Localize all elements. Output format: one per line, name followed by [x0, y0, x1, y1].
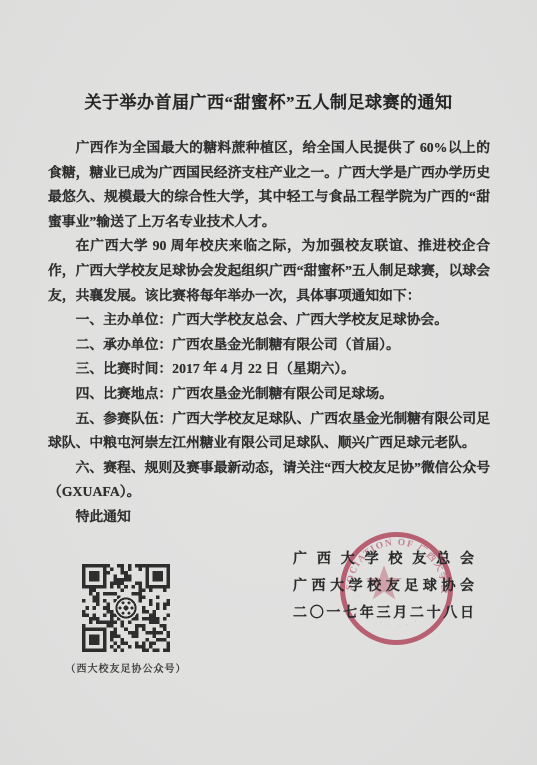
qr-code — [82, 564, 170, 652]
paragraph-event-background: 在广西大学 90 周年校庆来临之际，为加强校友联谊、推进校企合作，广西大学校友足… — [48, 234, 490, 308]
item-teams: 五、参赛队伍：广西大学校友足球队、广西农垦金光制糖有限公司足球队、中粮屯河崇左江… — [48, 407, 490, 456]
signature-date: 二〇一七年三月二十八日 — [293, 600, 474, 627]
notice-body: 广西作为全国最大的糖料蔗种植区，给全国人民提供了 60%以上的食糖，糖业已成为广… — [48, 136, 490, 530]
signature-org-football-association: 广西大学校友足球协会 — [293, 573, 474, 600]
scanned-notice-page: 关于举办首届广西“甜蜜杯”五人制足球赛的通知 广西作为全国最大的糖料蔗种植区，给… — [0, 0, 537, 765]
qr-caption: （西大校友足协公众号） — [46, 660, 206, 675]
signature-org-alumni-association: 广西大学校友总会 — [293, 546, 474, 573]
paragraph-sugar-intro: 广西作为全国最大的糖料蔗种植区，给全国人民提供了 60%以上的食糖，糖业已成为广… — [48, 136, 490, 234]
item-match-time: 三、比赛时间：2017 年 4 月 22 日（星期六）。 — [48, 357, 490, 382]
item-schedule-info: 六、赛程、规则及赛事最新动态，请关注“西大校友足协”微信公众号（GXUAFA）。 — [48, 456, 490, 505]
item-organizer: 一、主办单位：广西大学校友总会、广西大学校友足球协会。 — [48, 308, 490, 333]
qr-code-block: （西大校友足协公众号） — [46, 564, 206, 675]
item-match-venue: 四、比赛地点：广西农垦金光制糖有限公司足球场。 — [48, 382, 490, 407]
notice-title: 关于举办首届广西“甜蜜杯”五人制足球赛的通知 — [0, 88, 537, 113]
item-undertaker: 二、承办单位：广西农垦金光制糖有限公司（首届）。 — [48, 333, 490, 358]
signature-block: 广西大学校友总会 广西大学校友足球协会 二〇一七年三月二十八日 — [293, 546, 474, 627]
closing-note: 特此通知 — [48, 505, 490, 530]
